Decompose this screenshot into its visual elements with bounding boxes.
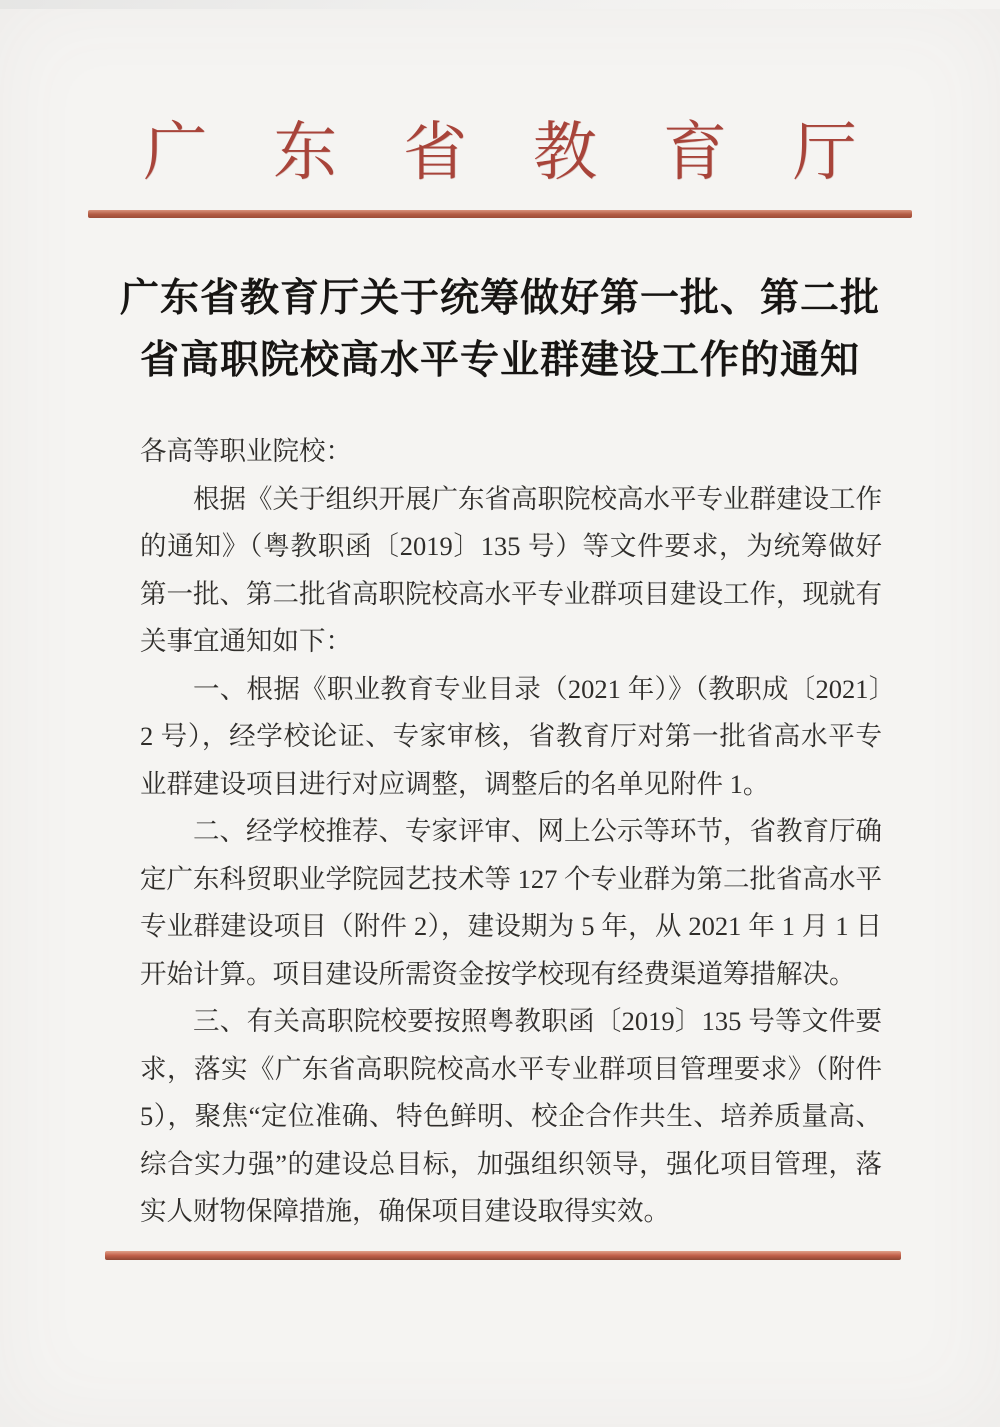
agency-letterhead: 广东省教育厅 xyxy=(0,118,1000,188)
red-divider-top xyxy=(88,210,912,218)
scan-artifact-streak xyxy=(0,0,1000,9)
red-divider-bottom xyxy=(105,1251,901,1260)
body-paragraph-item-3: 三、有关高职院校要按照粤教职函〔2019〕135 号等文件要求，落实《广东省高职… xyxy=(140,998,882,1236)
document-page: 广东省教育厅 广东省教育厅关于统筹做好第一批、第二批 省高职院校高水平专业群建设… xyxy=(0,0,1000,1427)
document-title-line-2: 省高职院校高水平专业群建设工作的通知 xyxy=(0,330,1000,392)
document-title-line-1: 广东省教育厅关于统筹做好第一批、第二批 xyxy=(0,268,1000,330)
document-title: 广东省教育厅关于统筹做好第一批、第二批 省高职院校高水平专业群建设工作的通知 xyxy=(0,268,1000,392)
salutation: 各高等职业院校： xyxy=(140,428,882,476)
body-paragraph-intro: 根据《关于组织开展广东省高职院校高水平专业群建设工作的通知》（粤教职函〔2019… xyxy=(140,476,882,666)
body-paragraph-item-1: 一、根据《职业教育专业目录（2021 年）》（教职成〔2021〕2 号），经学校… xyxy=(140,666,882,809)
document-body: 各高等职业院校： 根据《关于组织开展广东省高职院校高水平专业群建设工作的通知》（… xyxy=(140,428,882,1236)
body-paragraph-item-2: 二、经学校推荐、专家评审、网上公示等环节，省教育厅确定广东科贸职业学院园艺技术等… xyxy=(140,808,882,998)
